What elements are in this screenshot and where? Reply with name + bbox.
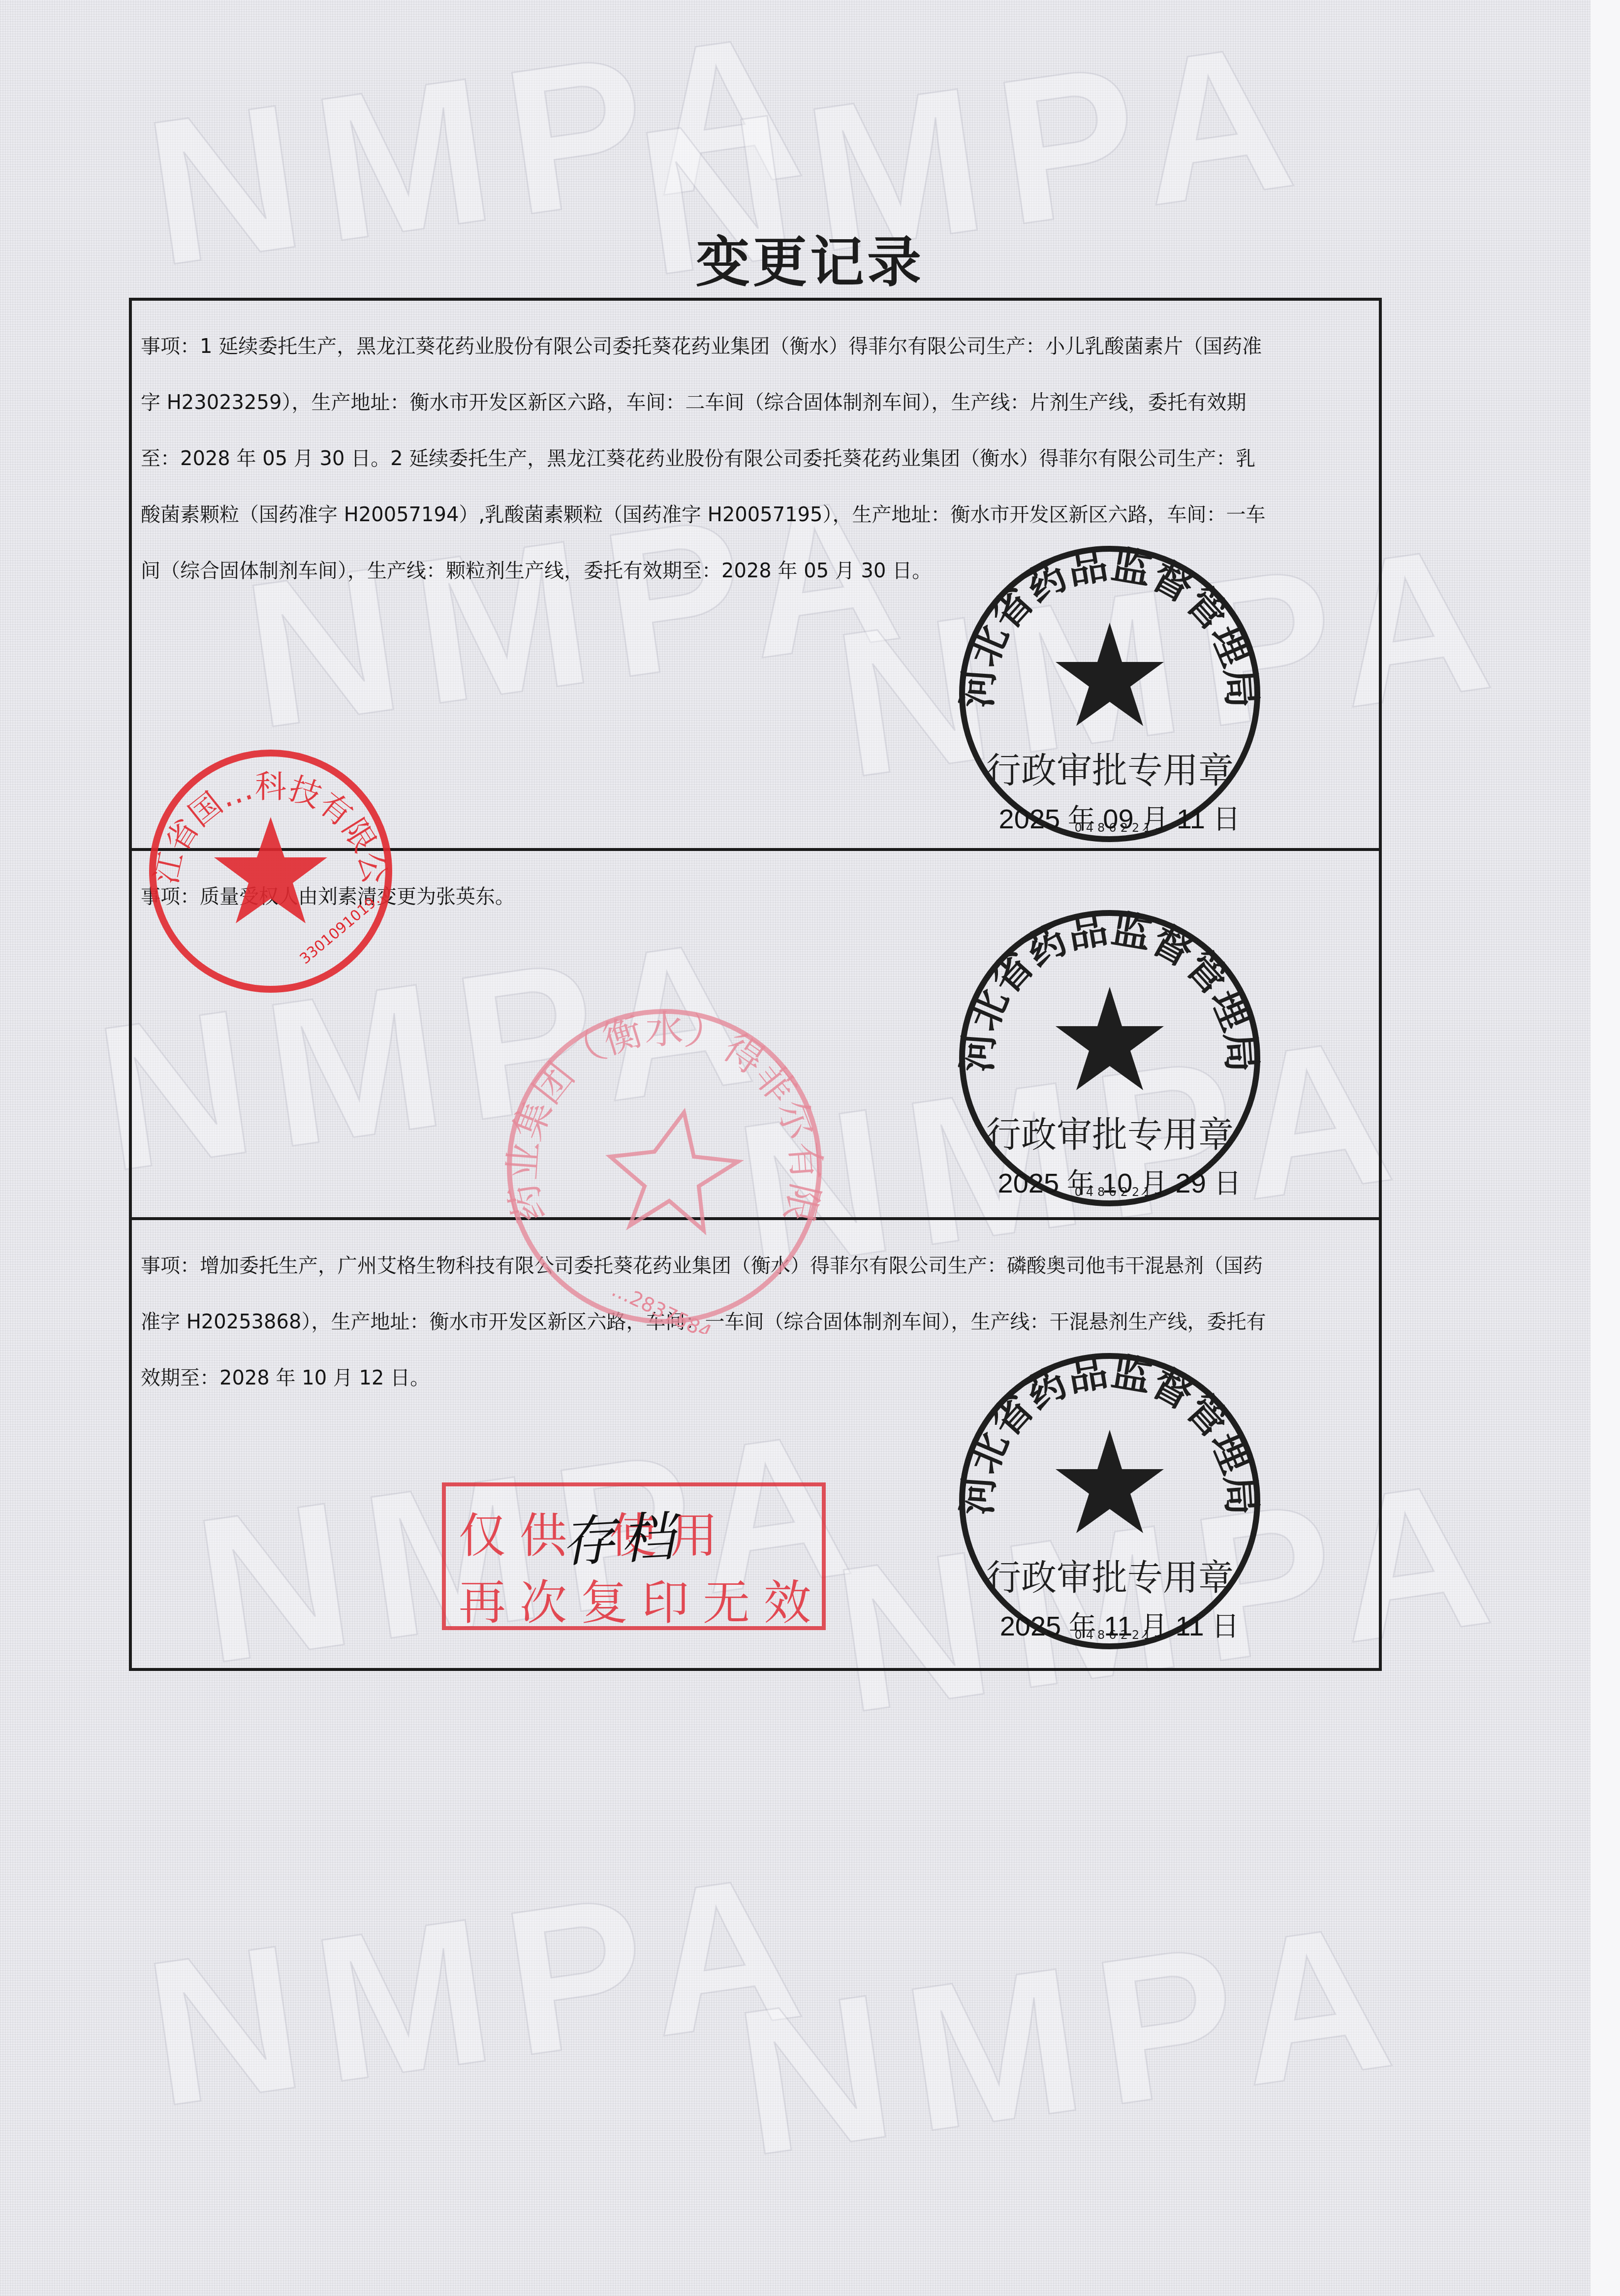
approval-stamp: 河北省药品监督管理局 行政审批专用章 0486221 2025 年 09 月 1… bbox=[952, 541, 1267, 856]
stamp-date: 2025 年 09 月 11 日 bbox=[982, 797, 1257, 837]
document-page: NMPA NMPA NMPA NMPA NMPA NMPA NMPA NMPA … bbox=[0, 0, 1620, 2296]
svg-text:…2837584…: …2837584… bbox=[608, 1278, 733, 1334]
svg-text:行政审批专用章: 行政审批专用章 bbox=[986, 1114, 1234, 1155]
svg-text:葵花药业集团（衡水）得菲尔有限公司: 葵花药业集团（衡水）得菲尔有限公司 bbox=[497, 999, 828, 1227]
scan-edge bbox=[1590, 0, 1620, 2296]
handwritten-note: 存档 bbox=[559, 1493, 681, 1577]
company-seal-red: 浙江省国…科技有限公司 3301091019… bbox=[143, 743, 399, 999]
stamp-date: 2025 年 10 月 29 日 bbox=[982, 1162, 1257, 1201]
copy-stamp-line2: 再次复印无效 bbox=[459, 1565, 813, 1633]
svg-text:行政审批专用章: 行政审批专用章 bbox=[986, 750, 1234, 791]
company-seal-pink: 葵花药业集团（衡水）得菲尔有限公司 …2837584… bbox=[497, 999, 832, 1334]
approval-stamp: 河北省药品监督管理局 行政审批专用章 0486221 2025 年 10 月 2… bbox=[952, 906, 1267, 1221]
svg-text:行政审批专用章: 行政审批专用章 bbox=[986, 1557, 1234, 1598]
page-title: 变更记录 bbox=[0, 219, 1620, 297]
stamp-date: 2025 年 11 月 11 日 bbox=[982, 1604, 1257, 1644]
approval-stamp: 河北省药品监督管理局 行政审批专用章 0486221 2025 年 11 月 1… bbox=[952, 1349, 1267, 1664]
